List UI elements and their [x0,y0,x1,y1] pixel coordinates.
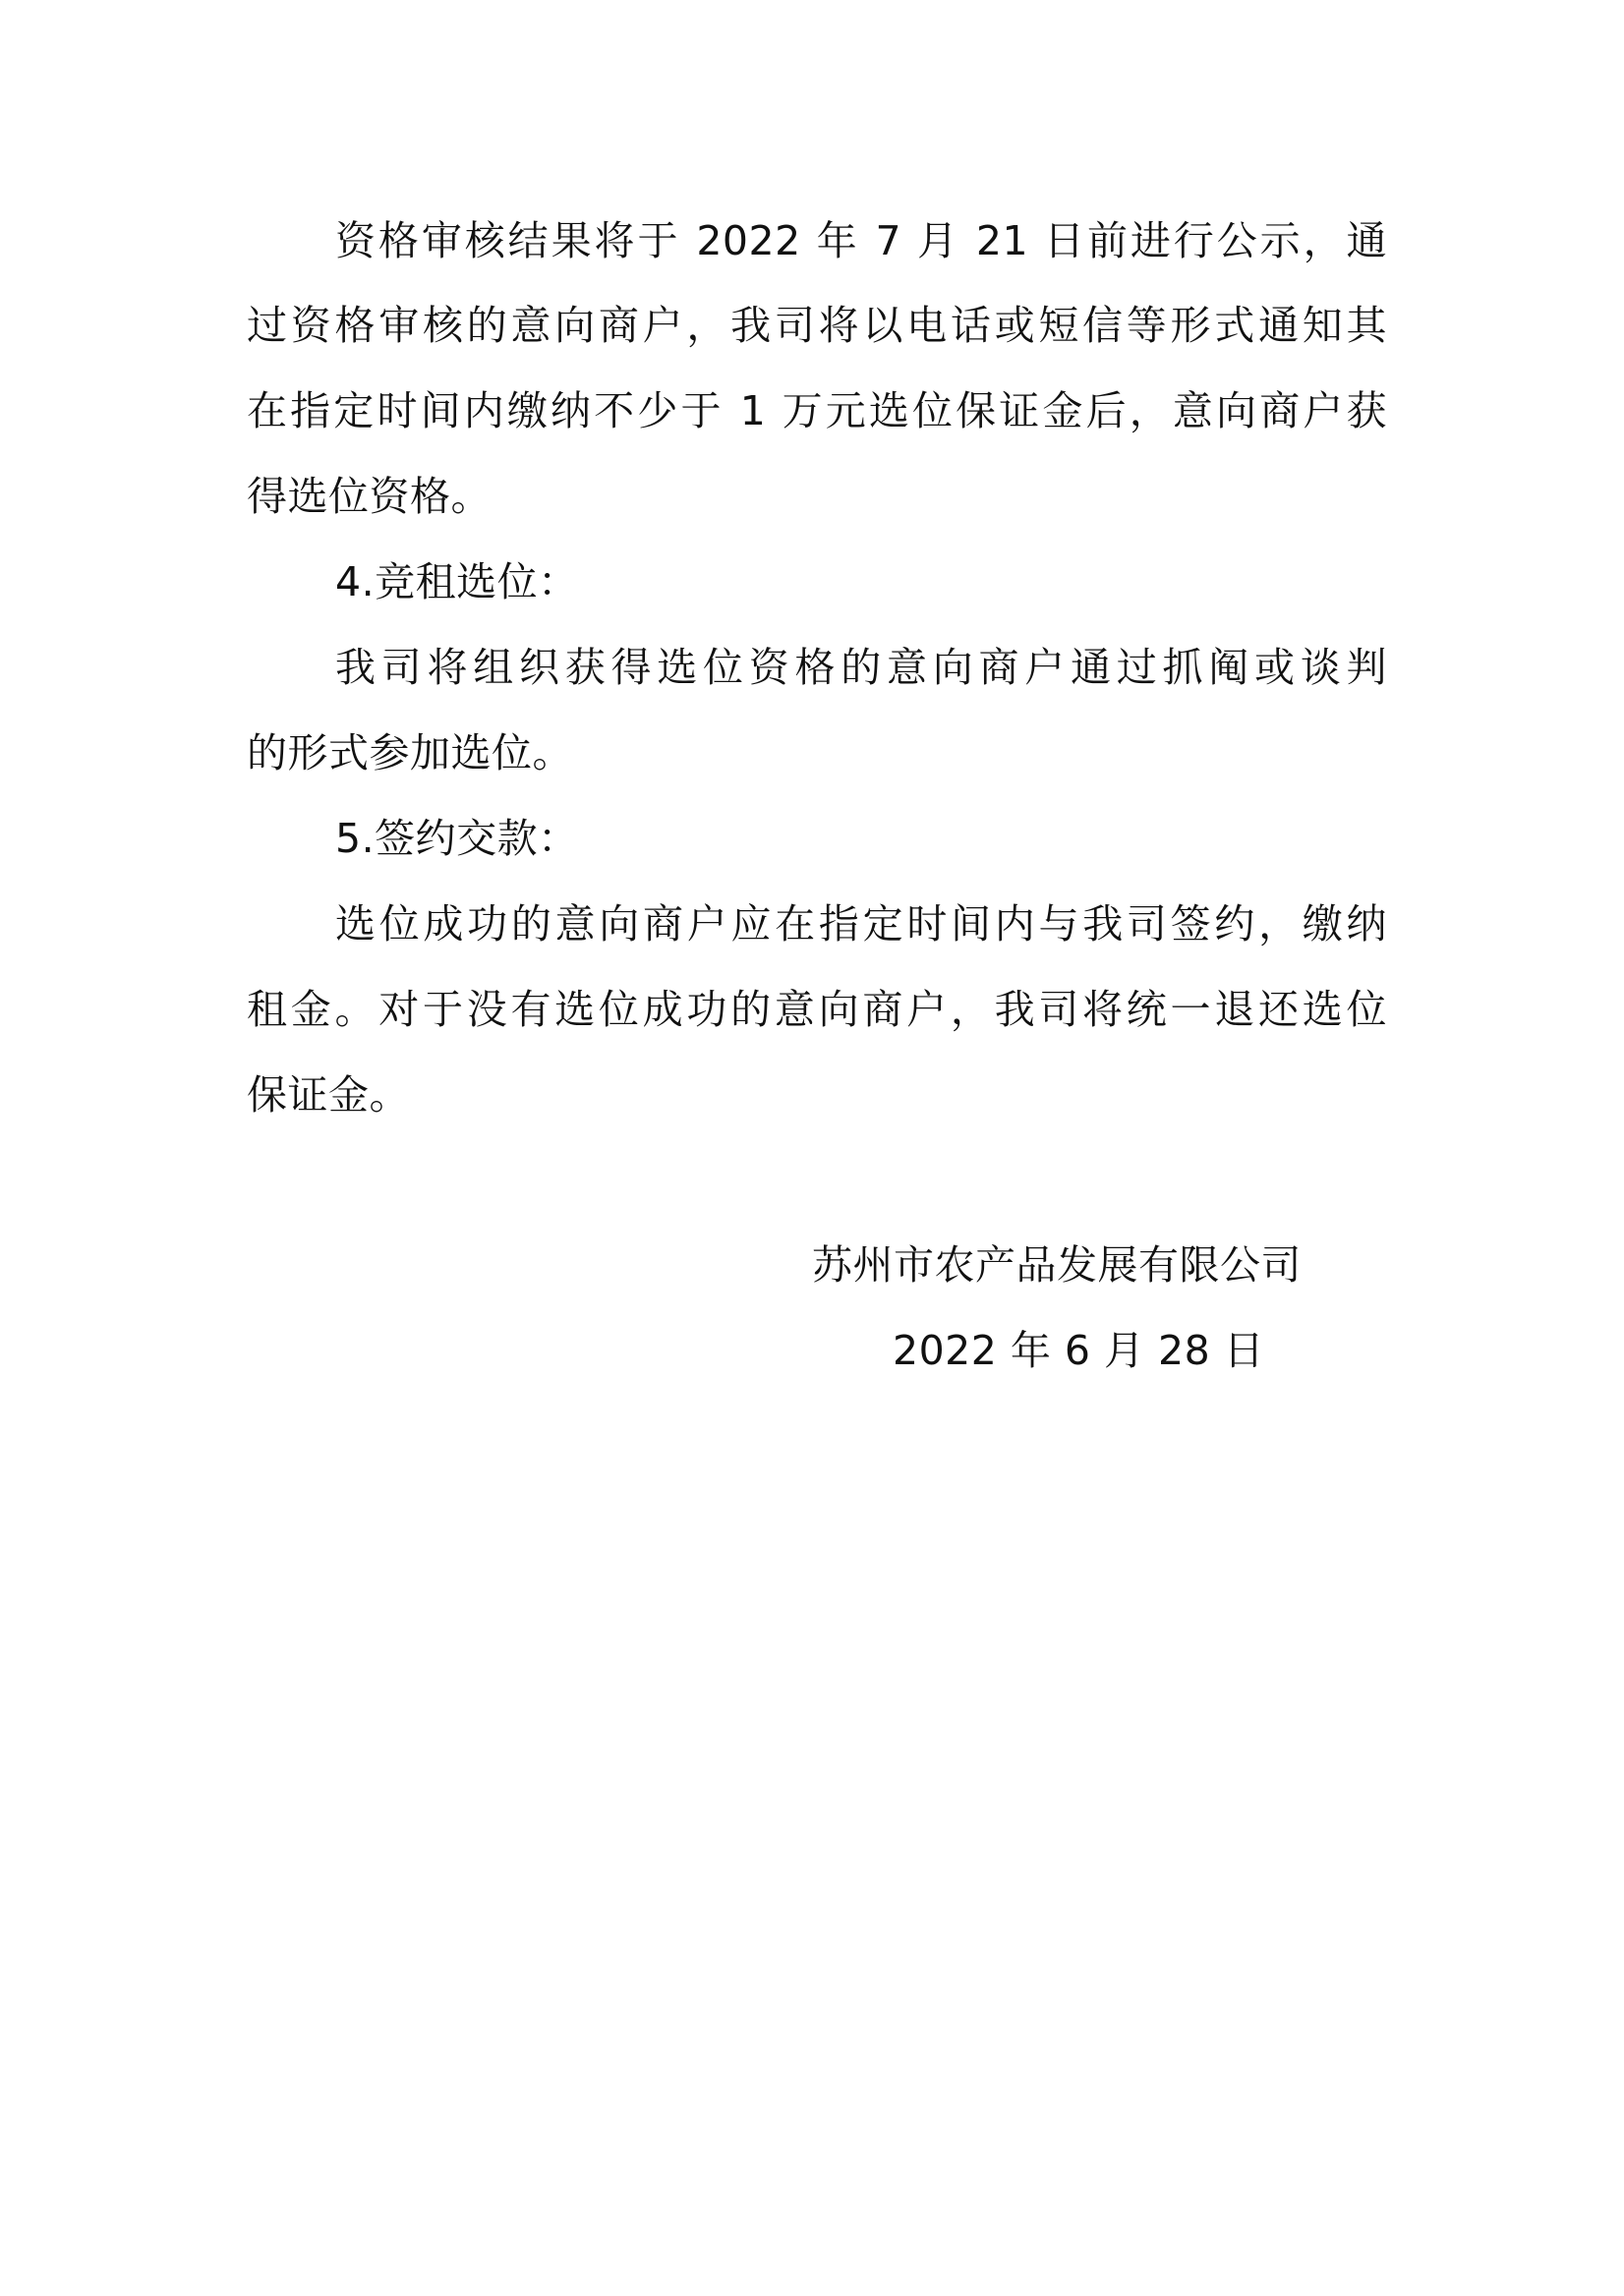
paragraph-line: 过资格审核的意向商户，我司将以电话或短信等形式通知其 [247,301,1387,350]
signature-company: 苏州市农产品发展有限公司 [812,1240,1302,1290]
paragraph-line: 选位成功的意向商户应在指定时间内与我司签约，缴纳 [335,899,1387,948]
signature-date: 2022 年 6 月 28 日 [893,1326,1264,1375]
section-4-heading: 4.竞租选位： [335,557,1387,606]
paragraph-line: 资格审核结果将于 2022 年 7 月 21 日前进行公示，通 [335,216,1387,265]
paragraph-line: 我司将组织获得选位资格的意向商户通过抓阄或谈判 [335,643,1387,692]
document-page: 资格审核结果将于 2022 年 7 月 21 日前进行公示，通 过资格审核的意向… [0,0,1624,2296]
paragraph-line: 保证金。 [247,1070,1387,1119]
section-5-heading: 5.签约交款： [335,814,1387,863]
paragraph-line: 得选位资格。 [247,472,1387,521]
paragraph-line: 在指定时间内缴纳不少于 1 万元选位保证金后，意向商户获 [247,386,1387,435]
paragraph-line: 的形式参加选位。 [247,728,1387,777]
paragraph-line: 租金。对于没有选位成功的意向商户，我司将统一退还选位 [247,985,1387,1034]
